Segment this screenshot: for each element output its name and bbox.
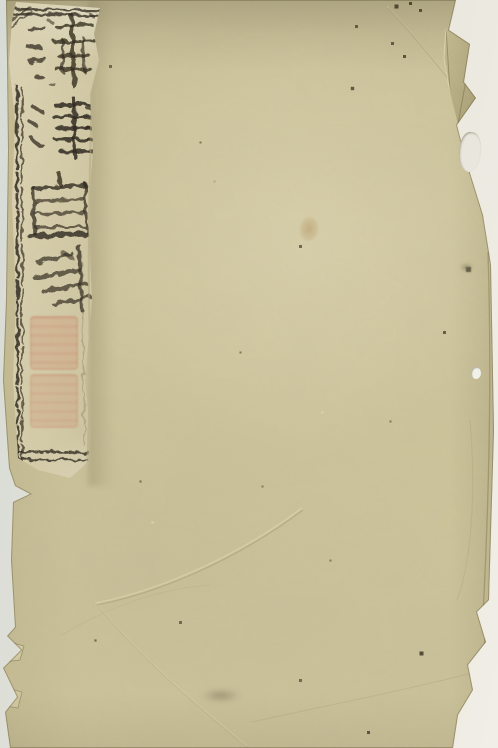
photo-stage <box>0 0 498 748</box>
paper-grain <box>0 0 498 748</box>
texture-and-crease-overlay <box>0 0 498 748</box>
tear-hole-small <box>471 367 481 379</box>
